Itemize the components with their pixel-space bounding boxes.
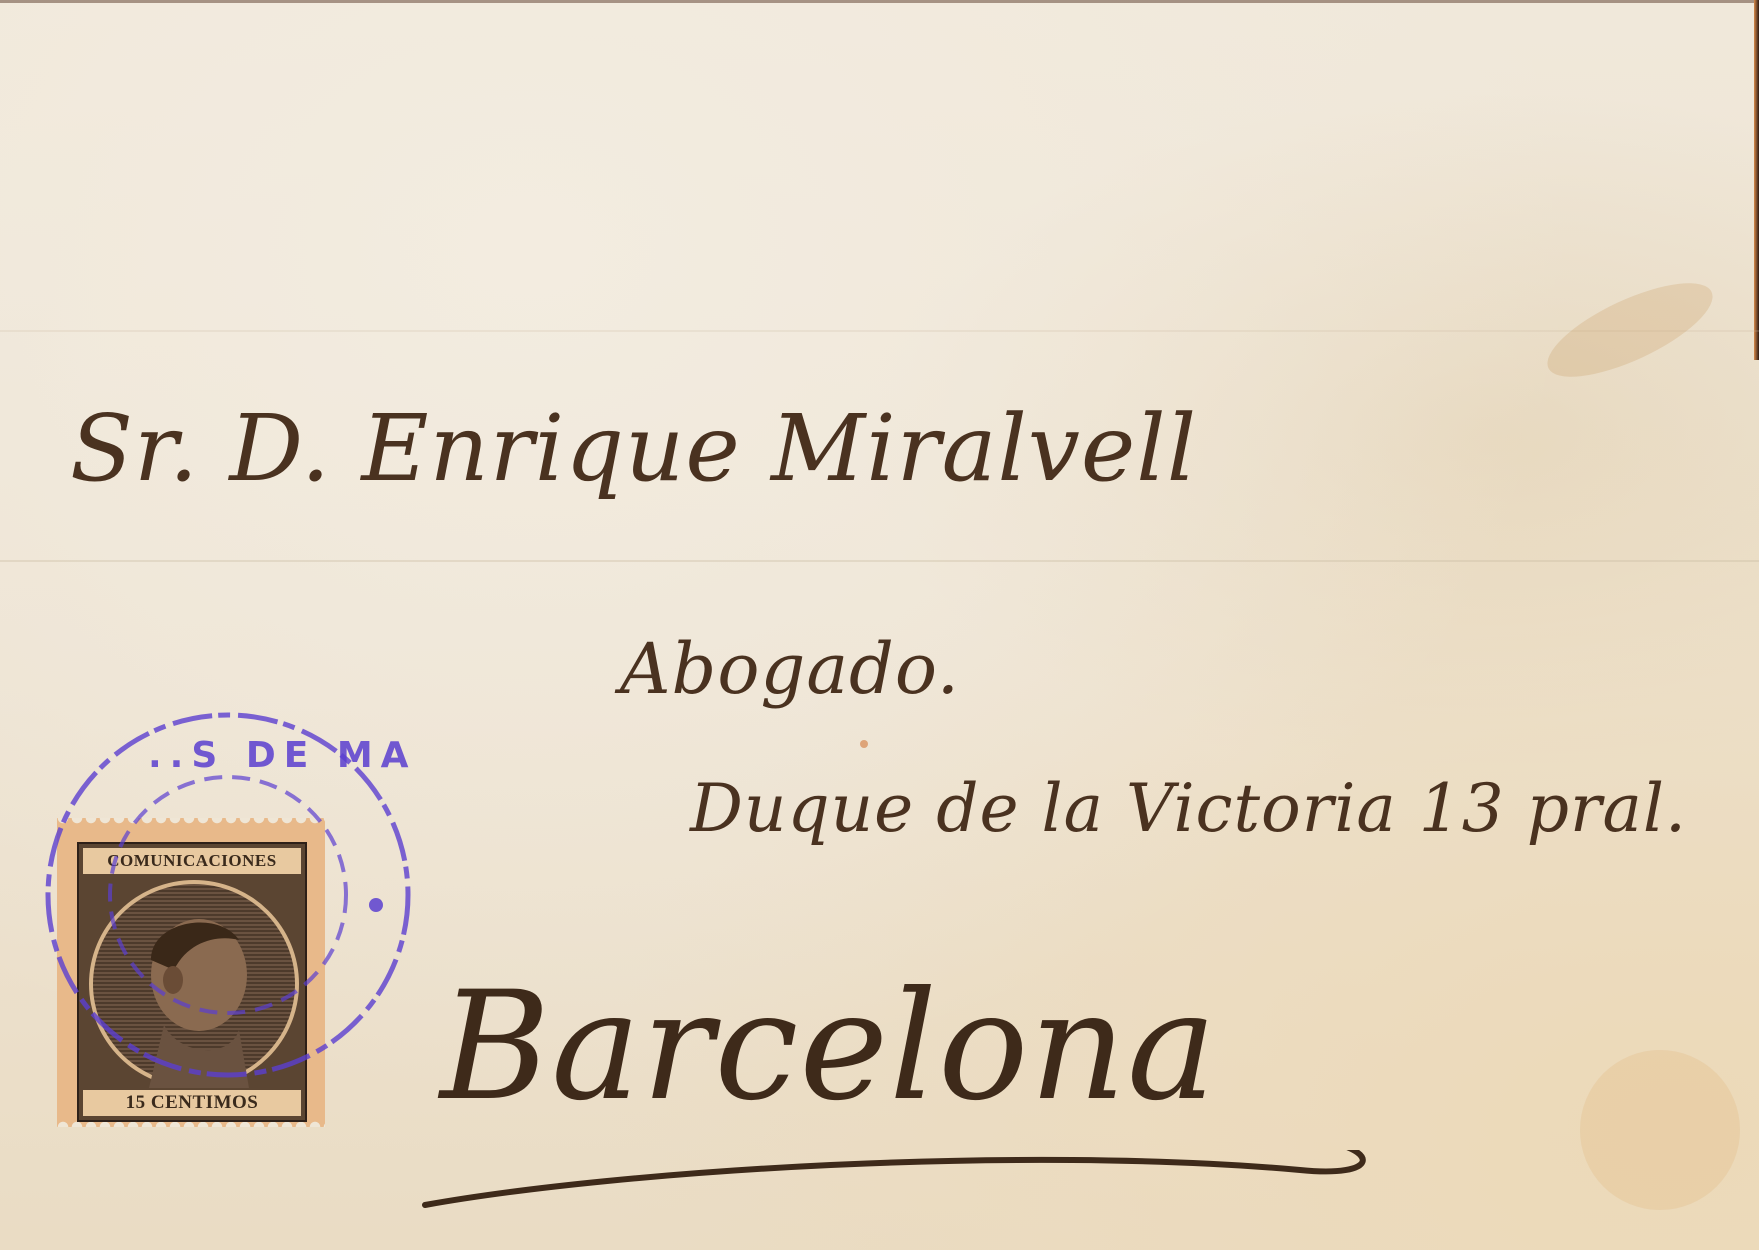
stamp-value-label: 15 CENTIMOS: [83, 1090, 301, 1116]
postmark-text: ..S DE MA..: [148, 735, 418, 776]
city-name: Barcelona: [440, 960, 1217, 1134]
paper-fold: [0, 560, 1759, 562]
envelope-right-edge: [1754, 0, 1759, 360]
addressee-title: Abogado.: [620, 628, 960, 710]
city-underline-flourish: [420, 1150, 1400, 1210]
foxing-stain: [1580, 1050, 1740, 1210]
envelope-top-edge: [0, 0, 1759, 3]
paper-fold: [0, 330, 1759, 332]
addressee-line: Sr. D. Enrique Miralvell: [70, 395, 1197, 502]
postmark-cancel: ..S DE MA..: [38, 705, 418, 1085]
foxing-spot: [860, 740, 868, 748]
street-address: Duque de la Victoria 13 pral.: [690, 770, 1687, 847]
envelope: Sr. D. Enrique Miralvell Abogado. Duque …: [0, 0, 1759, 1250]
